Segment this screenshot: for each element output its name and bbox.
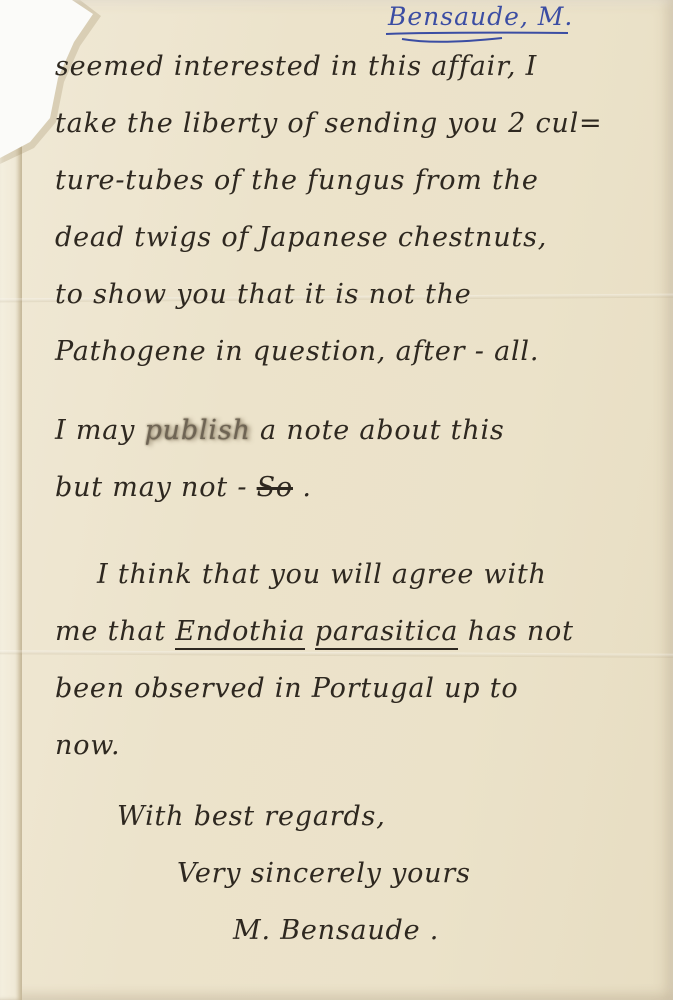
text-segment: . [293, 472, 312, 503]
text-segment: to show you that it is not the [55, 279, 472, 310]
text-segment: but may not - [55, 472, 257, 503]
text-segment: now. [55, 730, 120, 761]
text-segment: I may [55, 415, 145, 446]
handwritten-line: seemed interested in this affair, I [55, 38, 657, 95]
letter-body: seemed interested in this affair, Itake … [55, 38, 657, 959]
text-segment: Pathogene in question, after - all. [55, 336, 539, 367]
handwritten-line: dead twigs of Japanese chestnuts, [55, 209, 657, 266]
text-segment: I think that you will agree with [97, 559, 547, 590]
text-segment [305, 616, 314, 647]
paragraph: I think that you will agree withme that … [55, 546, 657, 774]
text-segment: With best regards, [117, 801, 386, 832]
handwritten-line: take the liberty of sending you 2 cul= [55, 95, 657, 152]
handwritten-line: to show you that it is not the [55, 266, 657, 323]
handwritten-line: ture-tubes of the fungus from the [55, 152, 657, 209]
text-segment: seemed interested in this affair, I [55, 51, 537, 82]
handwritten-line: but may not - So . [55, 459, 657, 516]
paragraph: seemed interested in this affair, Itake … [55, 38, 657, 380]
text-segment: has not [458, 616, 573, 647]
scan-background: Bensaude, M. seemed interested in this a… [0, 0, 673, 1000]
letter-page: Bensaude, M. seemed interested in this a… [0, 0, 673, 1000]
handwritten-line: been observed in Portugal up to [55, 660, 657, 717]
handwritten-line: With best regards, [55, 788, 657, 845]
text-segment: me that [55, 616, 175, 647]
underlined-species-name: Endothia [175, 616, 305, 650]
paragraph: I may publish a note about thisbut may n… [55, 402, 657, 516]
text-segment: M. Bensaude . [233, 915, 439, 946]
text-segment: take the liberty of sending you 2 cul= [55, 108, 602, 139]
handwritten-line: I may publish a note about this [55, 402, 657, 459]
smudged-word: publish [145, 415, 251, 446]
archival-annotation: Bensaude, M. [388, 2, 573, 31]
underlined-species-name: parasitica [315, 616, 459, 650]
struck-word: So [257, 472, 293, 503]
handwritten-line: me that Endothia parasitica has not [55, 603, 657, 660]
handwritten-line: now. [55, 717, 657, 774]
text-segment: ture-tubes of the fungus from the [55, 165, 539, 196]
handwritten-line: M. Bensaude . [55, 902, 657, 959]
handwritten-line: Pathogene in question, after - all. [55, 323, 657, 380]
text-segment: dead twigs of Japanese chestnuts, [55, 222, 547, 253]
paragraph: With best regards,Very sincerely yoursM.… [55, 788, 657, 959]
handwritten-line: Very sincerely yours [55, 845, 657, 902]
handwritten-line: I think that you will agree with [55, 546, 657, 603]
text-segment: Very sincerely yours [177, 858, 471, 889]
text-segment: been observed in Portugal up to [55, 673, 518, 704]
text-segment: a note about this [251, 415, 505, 446]
